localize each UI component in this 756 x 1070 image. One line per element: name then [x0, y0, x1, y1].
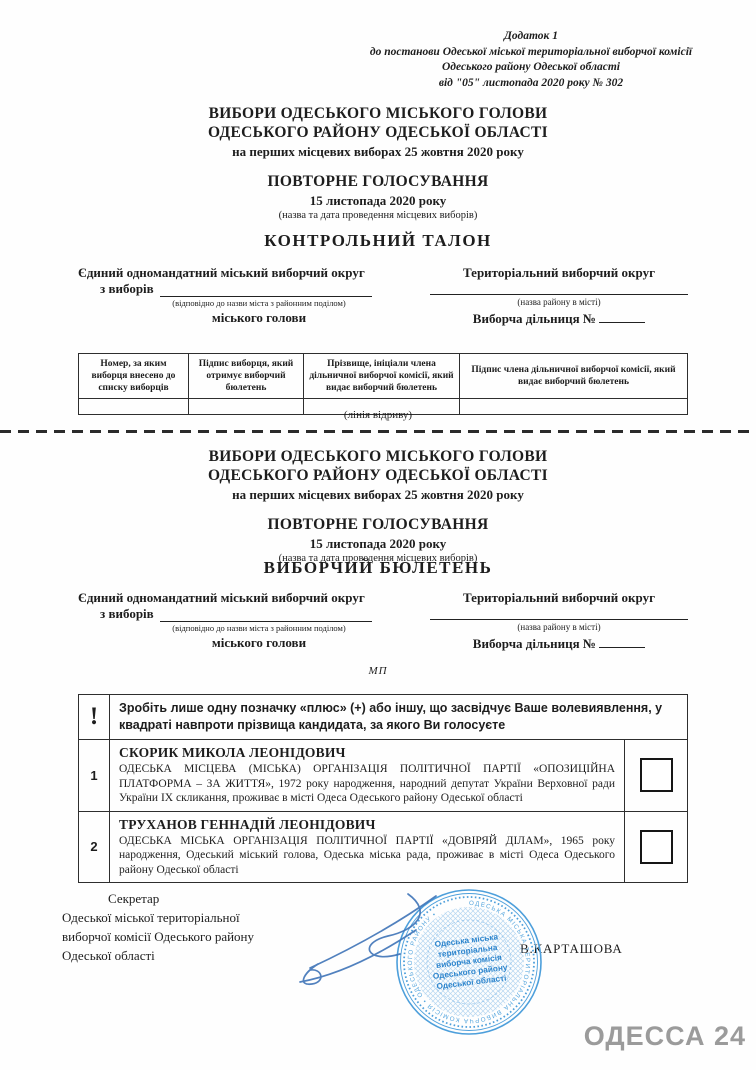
candidates-table: ! Зробіть лише одну позначку «плюс» (+) …: [78, 694, 688, 883]
polling-station-line: Виборча дільниця №: [430, 310, 688, 327]
district-office: міського голови: [133, 635, 385, 651]
annex-line: від "05" листопада 2020 року № 302: [306, 76, 756, 92]
coupon-okrug-block: Єдиний одномандатний міський виборчий ок…: [78, 265, 688, 327]
candidate-description: ОДЕСЬКА МІСЦЕВА (МІСЬКА) ОРГАНІЗАЦІЯ ПОЛ…: [119, 762, 615, 806]
polling-station-number-blank: [599, 310, 645, 323]
territorial-district-column: Територіальний виборчий округ (назва рай…: [430, 590, 688, 652]
secretary-line: Одеської міської територіальної: [62, 908, 324, 927]
candidate-info: СКОРИК МИКОЛА ЛЕОНІДОВИЧ ОДЕСЬКА МІСЦЕВА…: [110, 740, 625, 812]
candidate-number: 1: [79, 740, 110, 812]
election-title-line2: ОДЕСЬКОГО РАЙОНУ ОДЕСЬКОЇ ОБЛАСТІ: [25, 466, 731, 485]
coupon-title-block: ВИБОРИ ОДЕСЬКОГО МІСЬКОГО ГОЛОВИ ОДЕСЬКО…: [25, 104, 731, 221]
coupon-table-header-row: Номер, за яким виборця внесено до списку…: [79, 354, 688, 399]
ballot-heading: ВИБОРЧИЙ БЮЛЕТЕНЬ: [0, 558, 756, 578]
secretary-title-block: Секретар Одеської міської територіальної…: [62, 889, 324, 965]
territorial-name-blank: [430, 606, 688, 620]
secretary-signature: [288, 890, 443, 998]
election-title-line3: на перших місцевих виборах 25 жовтня 202…: [25, 487, 731, 503]
coupon-table: Номер, за яким виборця внесено до списку…: [78, 353, 688, 415]
ballot-okrug-block: Єдиний одномандатний міський виборчий ок…: [78, 590, 688, 652]
voting-instruction: Зробіть лише одну позначку «плюс» (+) аб…: [110, 695, 688, 740]
annex-line: до постанови Одеської міської територіал…: [306, 45, 756, 61]
coupon-col-voter-number: Номер, за яким виборця внесено до списку…: [79, 354, 189, 399]
coupon-heading: КОНТРОЛЬНИЙ ТАЛОН: [0, 231, 756, 251]
instruction-row: ! Зробіть лише одну позначку «плюс» (+) …: [79, 695, 688, 740]
candidate-name: СКОРИК МИКОЛА ЛЕОНІДОВИЧ: [119, 744, 615, 762]
tear-dashed-line: [0, 430, 756, 433]
annex-line: Одеського району Одеської області: [306, 60, 756, 76]
district-office: міського голови: [133, 310, 385, 326]
revote-heading: ПОВТОРНЕ ГОЛОСУВАННЯ: [25, 516, 731, 534]
vote-checkbox[interactable]: [640, 758, 673, 792]
election-title-line3: на перших місцевих виборах 25 жовтня 202…: [25, 144, 731, 160]
revote-caption: (назва та дата проведення місцевих вибор…: [25, 210, 731, 221]
candidate-number: 2: [79, 811, 110, 883]
vote-cell: [625, 740, 688, 812]
single-district-column: Єдиний одномандатний міський виборчий ок…: [78, 265, 400, 327]
district-name-blank: [160, 607, 372, 622]
district-subline-label: з виборів: [100, 281, 154, 297]
territorial-name-blank: [430, 281, 688, 295]
candidate-row: 2 ТРУХАНОВ ГЕННАДІЙ ЛЕОНІДОВИЧ ОДЕСЬКА М…: [79, 811, 688, 883]
seal-place-mark: МП: [0, 665, 756, 677]
polling-station-label: Виборча дільниця №: [473, 636, 596, 651]
election-title-line2: ОДЕСЬКОГО РАЙОНУ ОДЕСЬКОЇ ОБЛАСТІ: [25, 123, 731, 142]
revote-date: 15 листопада 2020 року: [25, 193, 731, 209]
polling-station-label: Виборча дільниця №: [473, 311, 596, 326]
single-district-column: Єдиний одномандатний міський виборчий ок…: [78, 590, 400, 652]
secretary-line: виборчої комісії Одеського району: [62, 927, 324, 946]
coupon-col-member-name: Прізвище, ініціали члена дільничної вибо…: [304, 354, 460, 399]
district-heading: Єдиний одномандатний міський виборчий ок…: [78, 265, 400, 281]
annex-reference: Додаток 1 до постанови Одеської міської …: [306, 29, 756, 91]
coupon-col-member-signature: Підпис члена дільничної виборчої комісії…: [460, 354, 688, 399]
district-subline-label: з виборів: [100, 606, 154, 622]
territorial-heading: Територіальний виборчий округ: [430, 590, 688, 606]
district-subline: з виборів: [100, 606, 400, 622]
candidate-name: ТРУХАНОВ ГЕННАДІЙ ЛЕОНІДОВИЧ: [119, 816, 615, 834]
district-subline: з виборів: [100, 281, 400, 297]
territorial-caption: (назва району в місті): [430, 297, 688, 308]
secretary-line: Одеської області: [62, 946, 324, 965]
election-title-line1: ВИБОРИ ОДЕСЬКОГО МІСЬКОГО ГОЛОВИ: [25, 104, 731, 123]
territorial-heading: Територіальний виборчий округ: [430, 265, 688, 281]
candidate-info: ТРУХАНОВ ГЕННАДІЙ ЛЕОНІДОВИЧ ОДЕСЬКА МІС…: [110, 811, 625, 883]
district-name-blank: [160, 282, 372, 297]
district-heading: Єдиний одномандатний міський виборчий ок…: [78, 590, 400, 606]
coupon-col-voter-signature: Підпис виборця, який отримує виборчий бю…: [189, 354, 304, 399]
vote-cell: [625, 811, 688, 883]
ballot-document: Додаток 1 до постанови Одеської міської …: [0, 0, 756, 1070]
district-caption: (відповідно до назви міста з районним по…: [133, 623, 385, 634]
polling-station-line: Виборча дільниця №: [430, 635, 688, 652]
district-caption: (відповідно до назви міста з районним по…: [133, 298, 385, 309]
revote-heading: ПОВТОРНЕ ГОЛОСУВАННЯ: [25, 173, 731, 191]
exclamation-icon: !: [79, 695, 110, 740]
tear-line-caption: (лінія відриву): [0, 409, 756, 421]
vote-checkbox[interactable]: [640, 830, 673, 864]
territorial-caption: (назва району в місті): [430, 622, 688, 633]
watermark: ОДЕССА 24: [584, 1021, 746, 1052]
territorial-district-column: Територіальний виборчий округ (назва рай…: [430, 265, 688, 327]
annex-line: Додаток 1: [306, 29, 756, 45]
revote-date: 15 листопада 2020 року: [25, 536, 731, 552]
election-title-line1: ВИБОРИ ОДЕСЬКОГО МІСЬКОГО ГОЛОВИ: [25, 447, 731, 466]
candidate-description: ОДЕСЬКА МІСЬКА ОРГАНІЗАЦІЯ ПОЛІТИЧНОЇ ПА…: [119, 834, 615, 878]
polling-station-number-blank: [599, 635, 645, 648]
ballot-title-block: ВИБОРИ ОДЕСЬКОГО МІСЬКОГО ГОЛОВИ ОДЕСЬКО…: [25, 447, 731, 564]
candidate-row: 1 СКОРИК МИКОЛА ЛЕОНІДОВИЧ ОДЕСЬКА МІСЦЕ…: [79, 740, 688, 812]
